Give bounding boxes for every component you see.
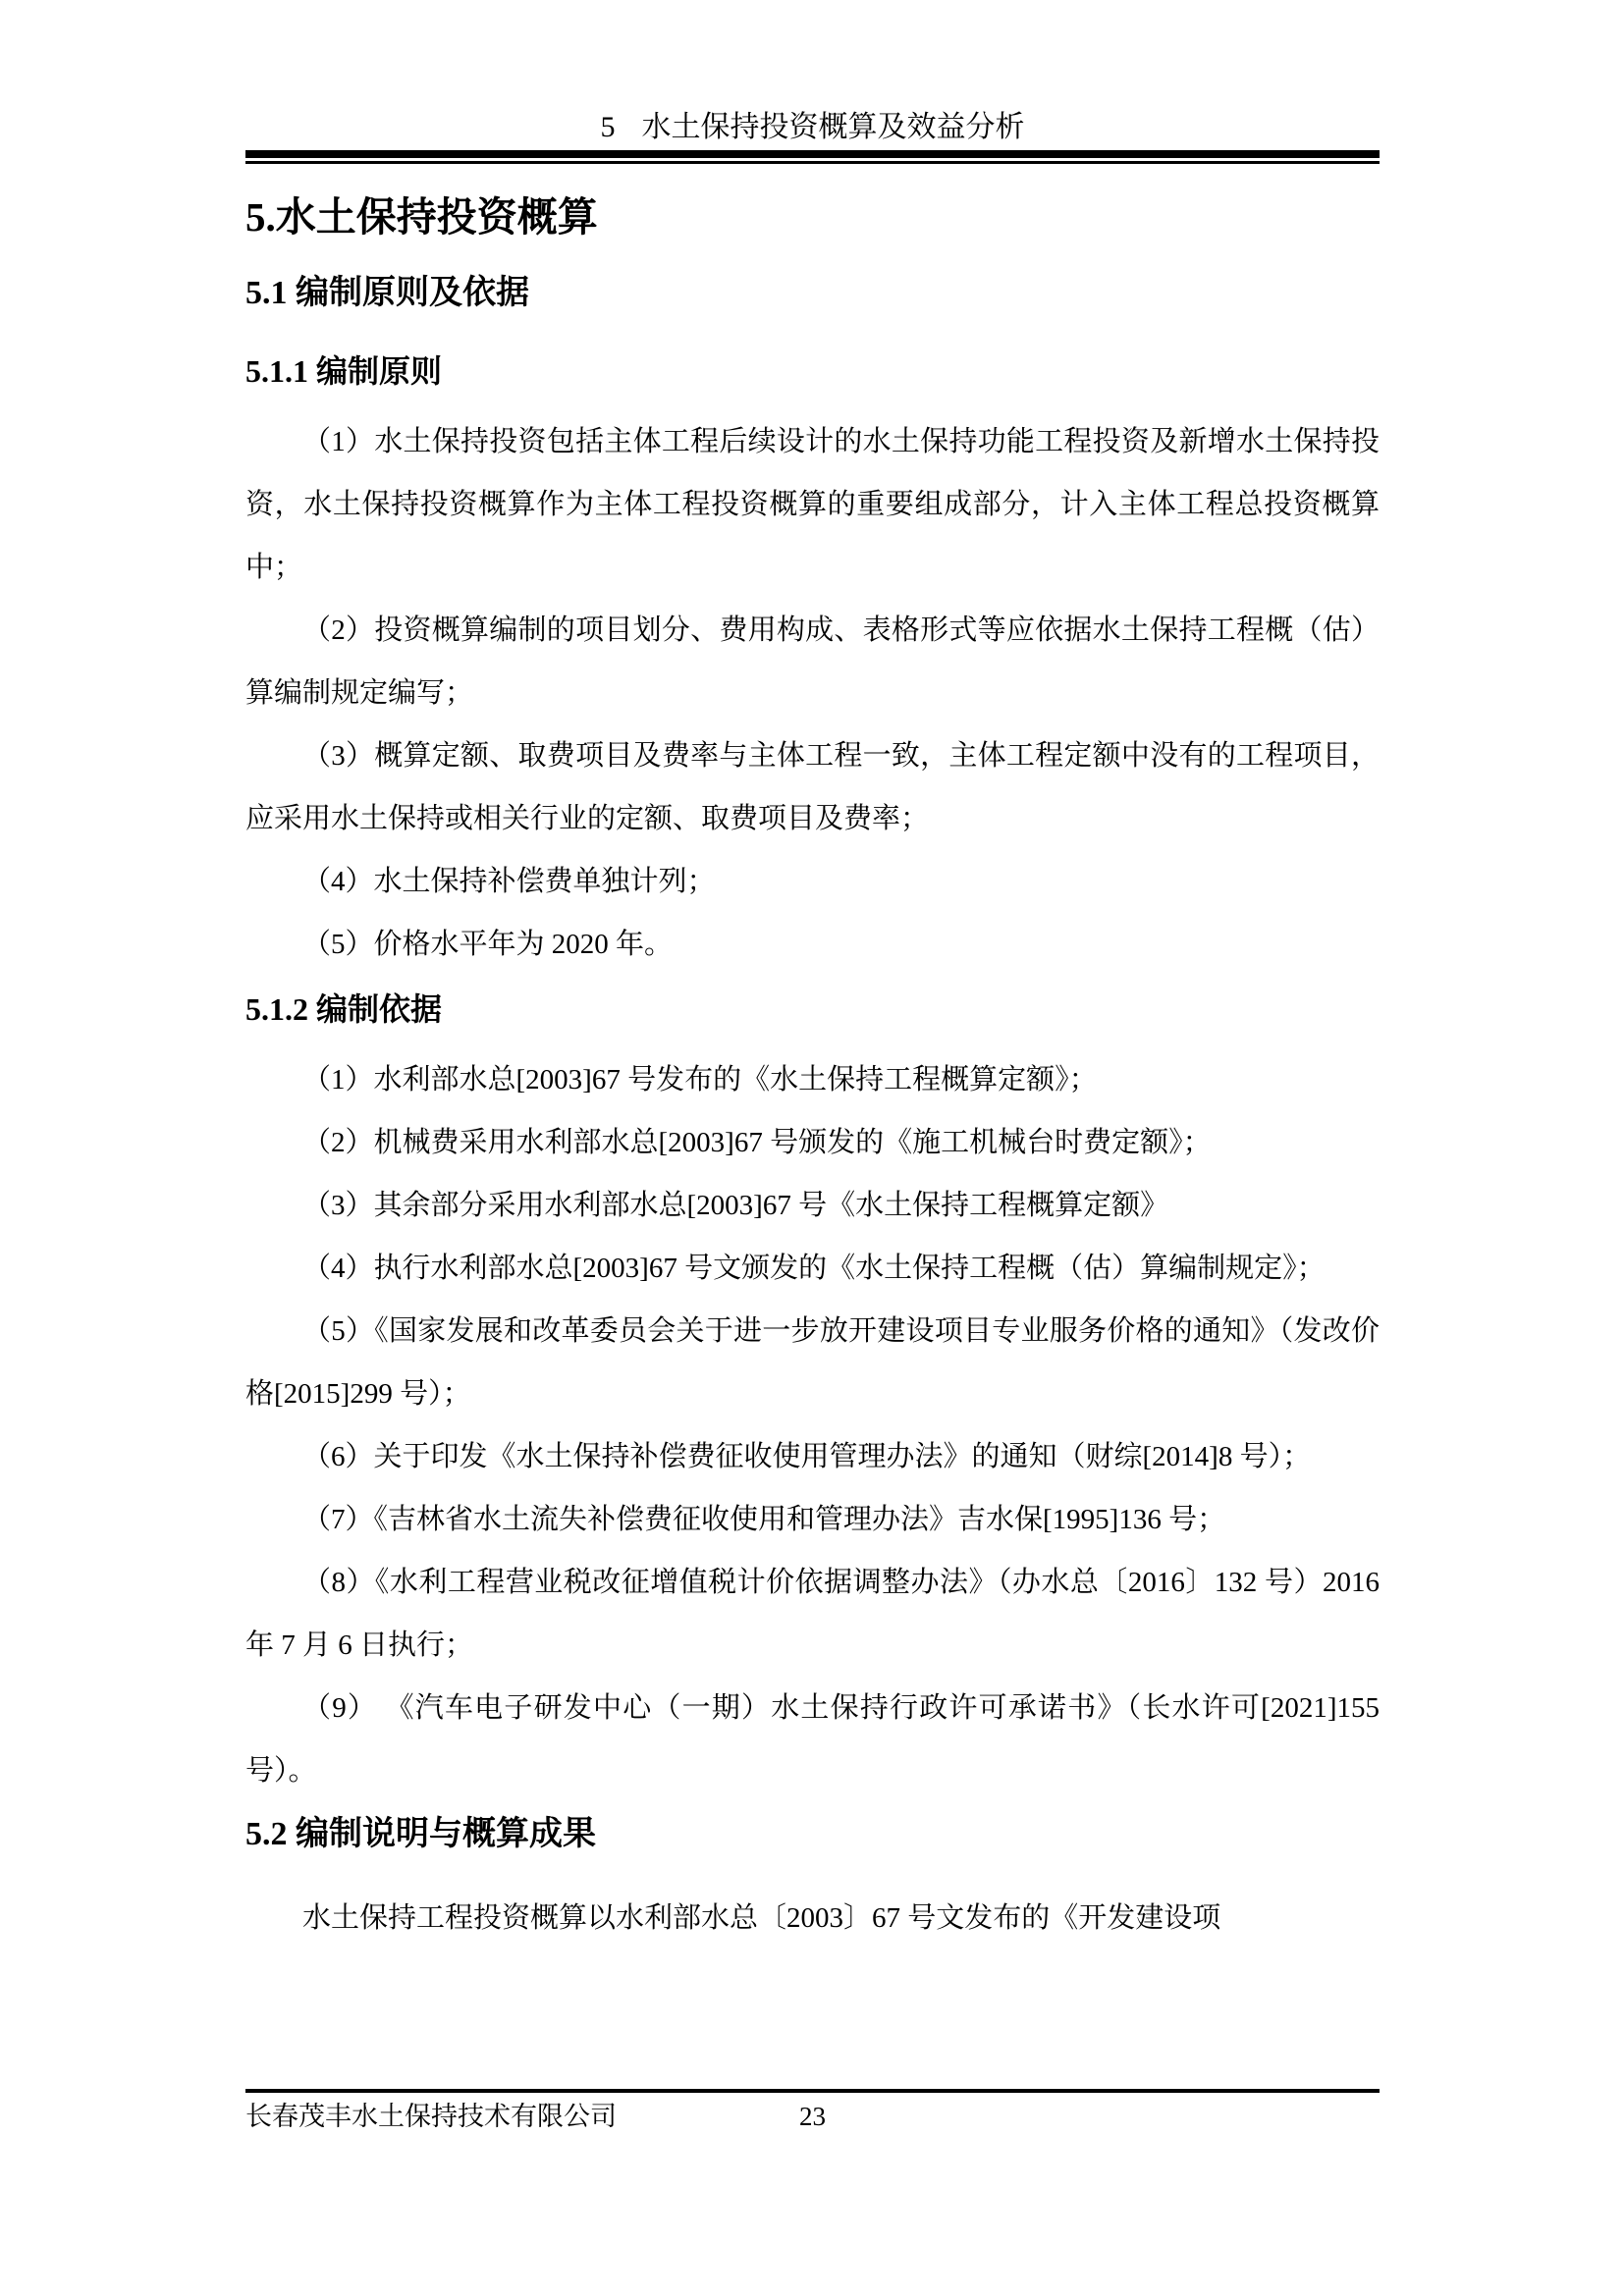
section-5-2-paragraph: 水土保持工程投资概算以水利部水总〔2003〕67 号文发布的《开发建设项	[245, 1887, 1380, 1949]
section-5-1-2-heading: 5.1.2 编制依据	[245, 984, 1380, 1035]
footer-divider-rule	[245, 2089, 1380, 2093]
page-header: 5水土保持投资概算及效益分析	[245, 106, 1380, 149]
header-chapter-title: 水土保持投资概算及效益分析	[642, 111, 1025, 143]
section-5-1-heading: 5.1 编制原则及依据	[245, 267, 1380, 320]
basis-item-8: （8）《水利工程营业税改征增值税计价依据调整办法》（办水总〔2016〕132 号…	[245, 1551, 1380, 1677]
header-divider-rule	[245, 150, 1380, 164]
basis-item-6: （6）关于印发《水土保持补偿费征收使用管理办法》的通知（财综[2014]8 号）…	[245, 1425, 1380, 1488]
header-chapter-number: 5	[601, 111, 616, 143]
basis-item-9: （9） 《汽车电子研发中心（一期）水土保持行政许可承诺书》（长水许可[2021]…	[245, 1677, 1380, 1802]
document-body: 5.水土保持投资概算 5.1 编制原则及依据 5.1.1 编制原则 （1）水土保…	[245, 188, 1380, 1949]
basis-item-1: （1）水利部水总[2003]67 号发布的《水土保持工程概算定额》；	[245, 1048, 1380, 1111]
principle-item-2: （2）投资概算编制的项目划分、费用构成、表格形式等应依据水土保持工程概（估）算编…	[245, 599, 1380, 724]
section-5-2-heading: 5.2 编制说明与概算成果	[245, 1808, 1380, 1861]
basis-item-2: （2）机械费采用水利部水总[2003]67 号颁发的《施工机械台时费定额》；	[245, 1111, 1380, 1174]
principle-item-1: （1）水土保持投资包括主体工程后续设计的水土保持功能工程投资及新增水土保持投资，…	[245, 410, 1380, 599]
chapter-title: 5.水土保持投资概算	[245, 188, 1380, 245]
footer-page-number: 23	[245, 2097, 1380, 2136]
basis-item-7: （7）《吉林省水土流失补偿费征收使用和管理办法》吉水保[1995]136 号；	[245, 1488, 1380, 1551]
principle-item-3: （3）概算定额、取费项目及费率与主体工程一致，主体工程定额中没有的工程项目，应采…	[245, 724, 1380, 850]
document-page: 5水土保持投资概算及效益分析 5.水土保持投资概算 5.1 编制原则及依据 5.…	[0, 0, 1624, 2296]
principle-item-4: （4）水土保持补偿费单独计列；	[245, 850, 1380, 913]
page-footer: 长春茂丰水土保持技术有限公司 23	[245, 2097, 1380, 2140]
section-5-1-1-heading: 5.1.1 编制原则	[245, 346, 1380, 397]
basis-item-4: （4）执行水利部水总[2003]67 号文颁发的《水土保持工程概（估）算编制规定…	[245, 1237, 1380, 1300]
basis-item-5: （5）《国家发展和改革委员会关于进一步放开建设项目专业服务价格的通知》（发改价格…	[245, 1300, 1380, 1425]
principle-item-5: （5）价格水平年为 2020 年。	[245, 913, 1380, 976]
basis-item-3: （3）其余部分采用水利部水总[2003]67 号《水土保持工程概算定额》	[245, 1174, 1380, 1237]
